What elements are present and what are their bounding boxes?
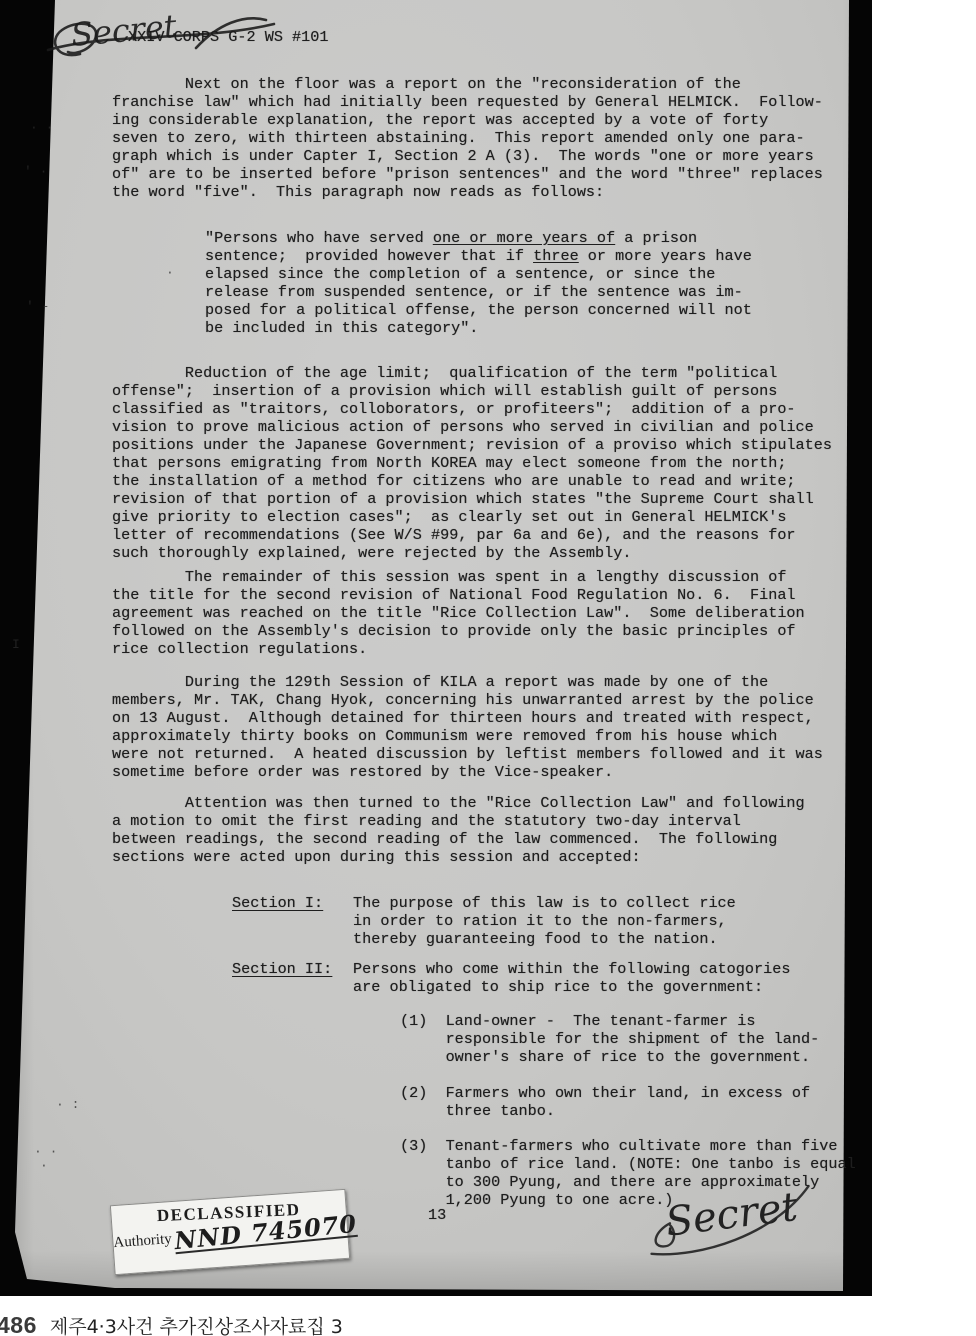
blockquote-prison-sentence: "Persons who have served one or more yea… [205, 229, 752, 337]
paragraph-1: Next on the floor was a report on the "r… [112, 75, 823, 201]
scan-noise-mark: · · [34, 1144, 57, 1159]
scan-noise-mark: I [12, 637, 20, 652]
scan-noise-mark: · · [30, 120, 53, 135]
section-2-label: Section II: [232, 960, 332, 978]
section-1-text: The purpose of this law is to collect ri… [353, 894, 736, 948]
item-1-land-owner: (1) Land-owner - The tenant-farmer is re… [400, 1012, 819, 1066]
scan-noise-mark: · [166, 265, 174, 280]
scan-noise-mark: · [40, 1158, 48, 1173]
paragraph-2: Reduction of the age limit; qualificatio… [112, 364, 832, 562]
paragraph-5: Attention was then turned to the "Rice C… [112, 794, 805, 866]
scan-noise-mark: ' - [26, 299, 49, 314]
paragraph-3: The remainder of this session was spent … [112, 568, 805, 658]
book-title: 제주4·3사건 추가진상조사자료집 3 [50, 1316, 343, 1336]
paragraph-4: During the 129th Session of KILA a repor… [112, 673, 823, 781]
page-number: 13 [428, 1206, 446, 1224]
scan-noise-mark: ' · [24, 164, 47, 179]
item-2-farmers: (2) Farmers who own their land, in exces… [400, 1084, 810, 1120]
section-2-text: Persons who come within the following ca… [353, 960, 790, 996]
book-page-number: 486 [0, 1312, 37, 1336]
scanned-document-page: { "document": { "classification_handwrit… [0, 0, 976, 1336]
secret-handwriting-top: Secret [46, 2, 282, 68]
scan-noise-mark: · : [56, 1097, 79, 1112]
secret-handwriting-top-word: Secret [69, 7, 178, 54]
stamp-authority-label: Authority [113, 1231, 172, 1251]
book-caption: 486제주4·3사건 추가진상조사자료집 3 [0, 1312, 343, 1336]
section-1-label: Section I: [232, 894, 323, 912]
